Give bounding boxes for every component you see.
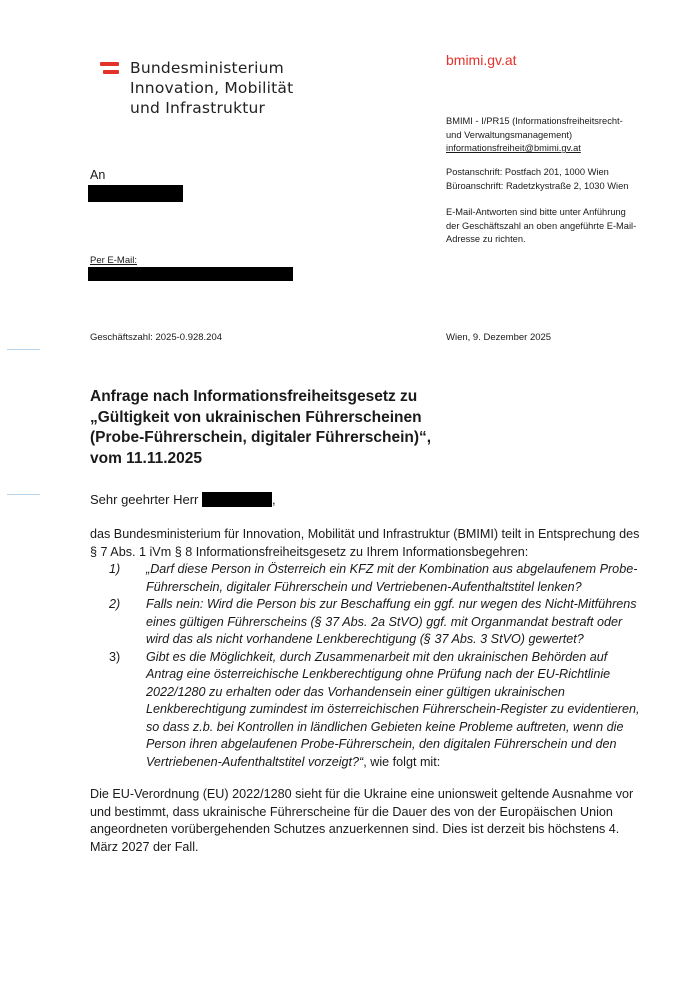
austrian-flag-stripes-icon <box>100 62 120 76</box>
answer-paragraph: Die EU-Verordnung (EU) 2022/1280 sieht f… <box>90 786 645 856</box>
intro-paragraph: das Bundesministerium für Innovation, Mo… <box>90 526 645 561</box>
greeting: Sehr geehrter Herr , <box>90 492 276 507</box>
subject-heading: Anfrage nach Informationsfreiheitsgesetz… <box>90 387 450 469</box>
list-item: 1) „Darf diese Person in Österreich ein … <box>90 561 645 596</box>
reply-note: E-Mail-Antworten sind bitte unter Anführ… <box>446 206 646 247</box>
redacted-recipient-name <box>88 185 183 202</box>
list-item: 3) Gibt es die Möglichkeit, durch Zusamm… <box>90 649 645 772</box>
ministry-name: Bundesministerium Innovation, Mobilität … <box>130 58 293 118</box>
brand-url[interactable]: bmimi.gv.at <box>446 52 517 68</box>
margin-marker <box>7 494 40 495</box>
sender-department: BMIMI - I/PR15 (Informationsfreiheitsrec… <box>446 115 646 156</box>
per-email-label: Per E-Mail: <box>90 255 137 266</box>
letter-date: Wien, 9. Dezember 2025 <box>446 332 551 343</box>
redacted-recipient-email <box>88 267 293 281</box>
questions-list: 1) „Darf diese Person in Österreich ein … <box>90 561 645 771</box>
margin-marker <box>7 349 40 350</box>
redacted-recipient-surname <box>202 492 272 507</box>
list-item: 2) Falls nein: Wird die Person bis zur B… <box>90 596 645 649</box>
case-number: Geschäftszahl: 2025-0.928.204 <box>90 332 222 343</box>
sender-address: Postanschrift: Postfach 201, 1000 Wien B… <box>446 166 646 193</box>
sender-email-link[interactable]: informationsfreiheit@bmimi.gv.at <box>446 143 581 153</box>
recipient-label: An <box>90 168 105 182</box>
